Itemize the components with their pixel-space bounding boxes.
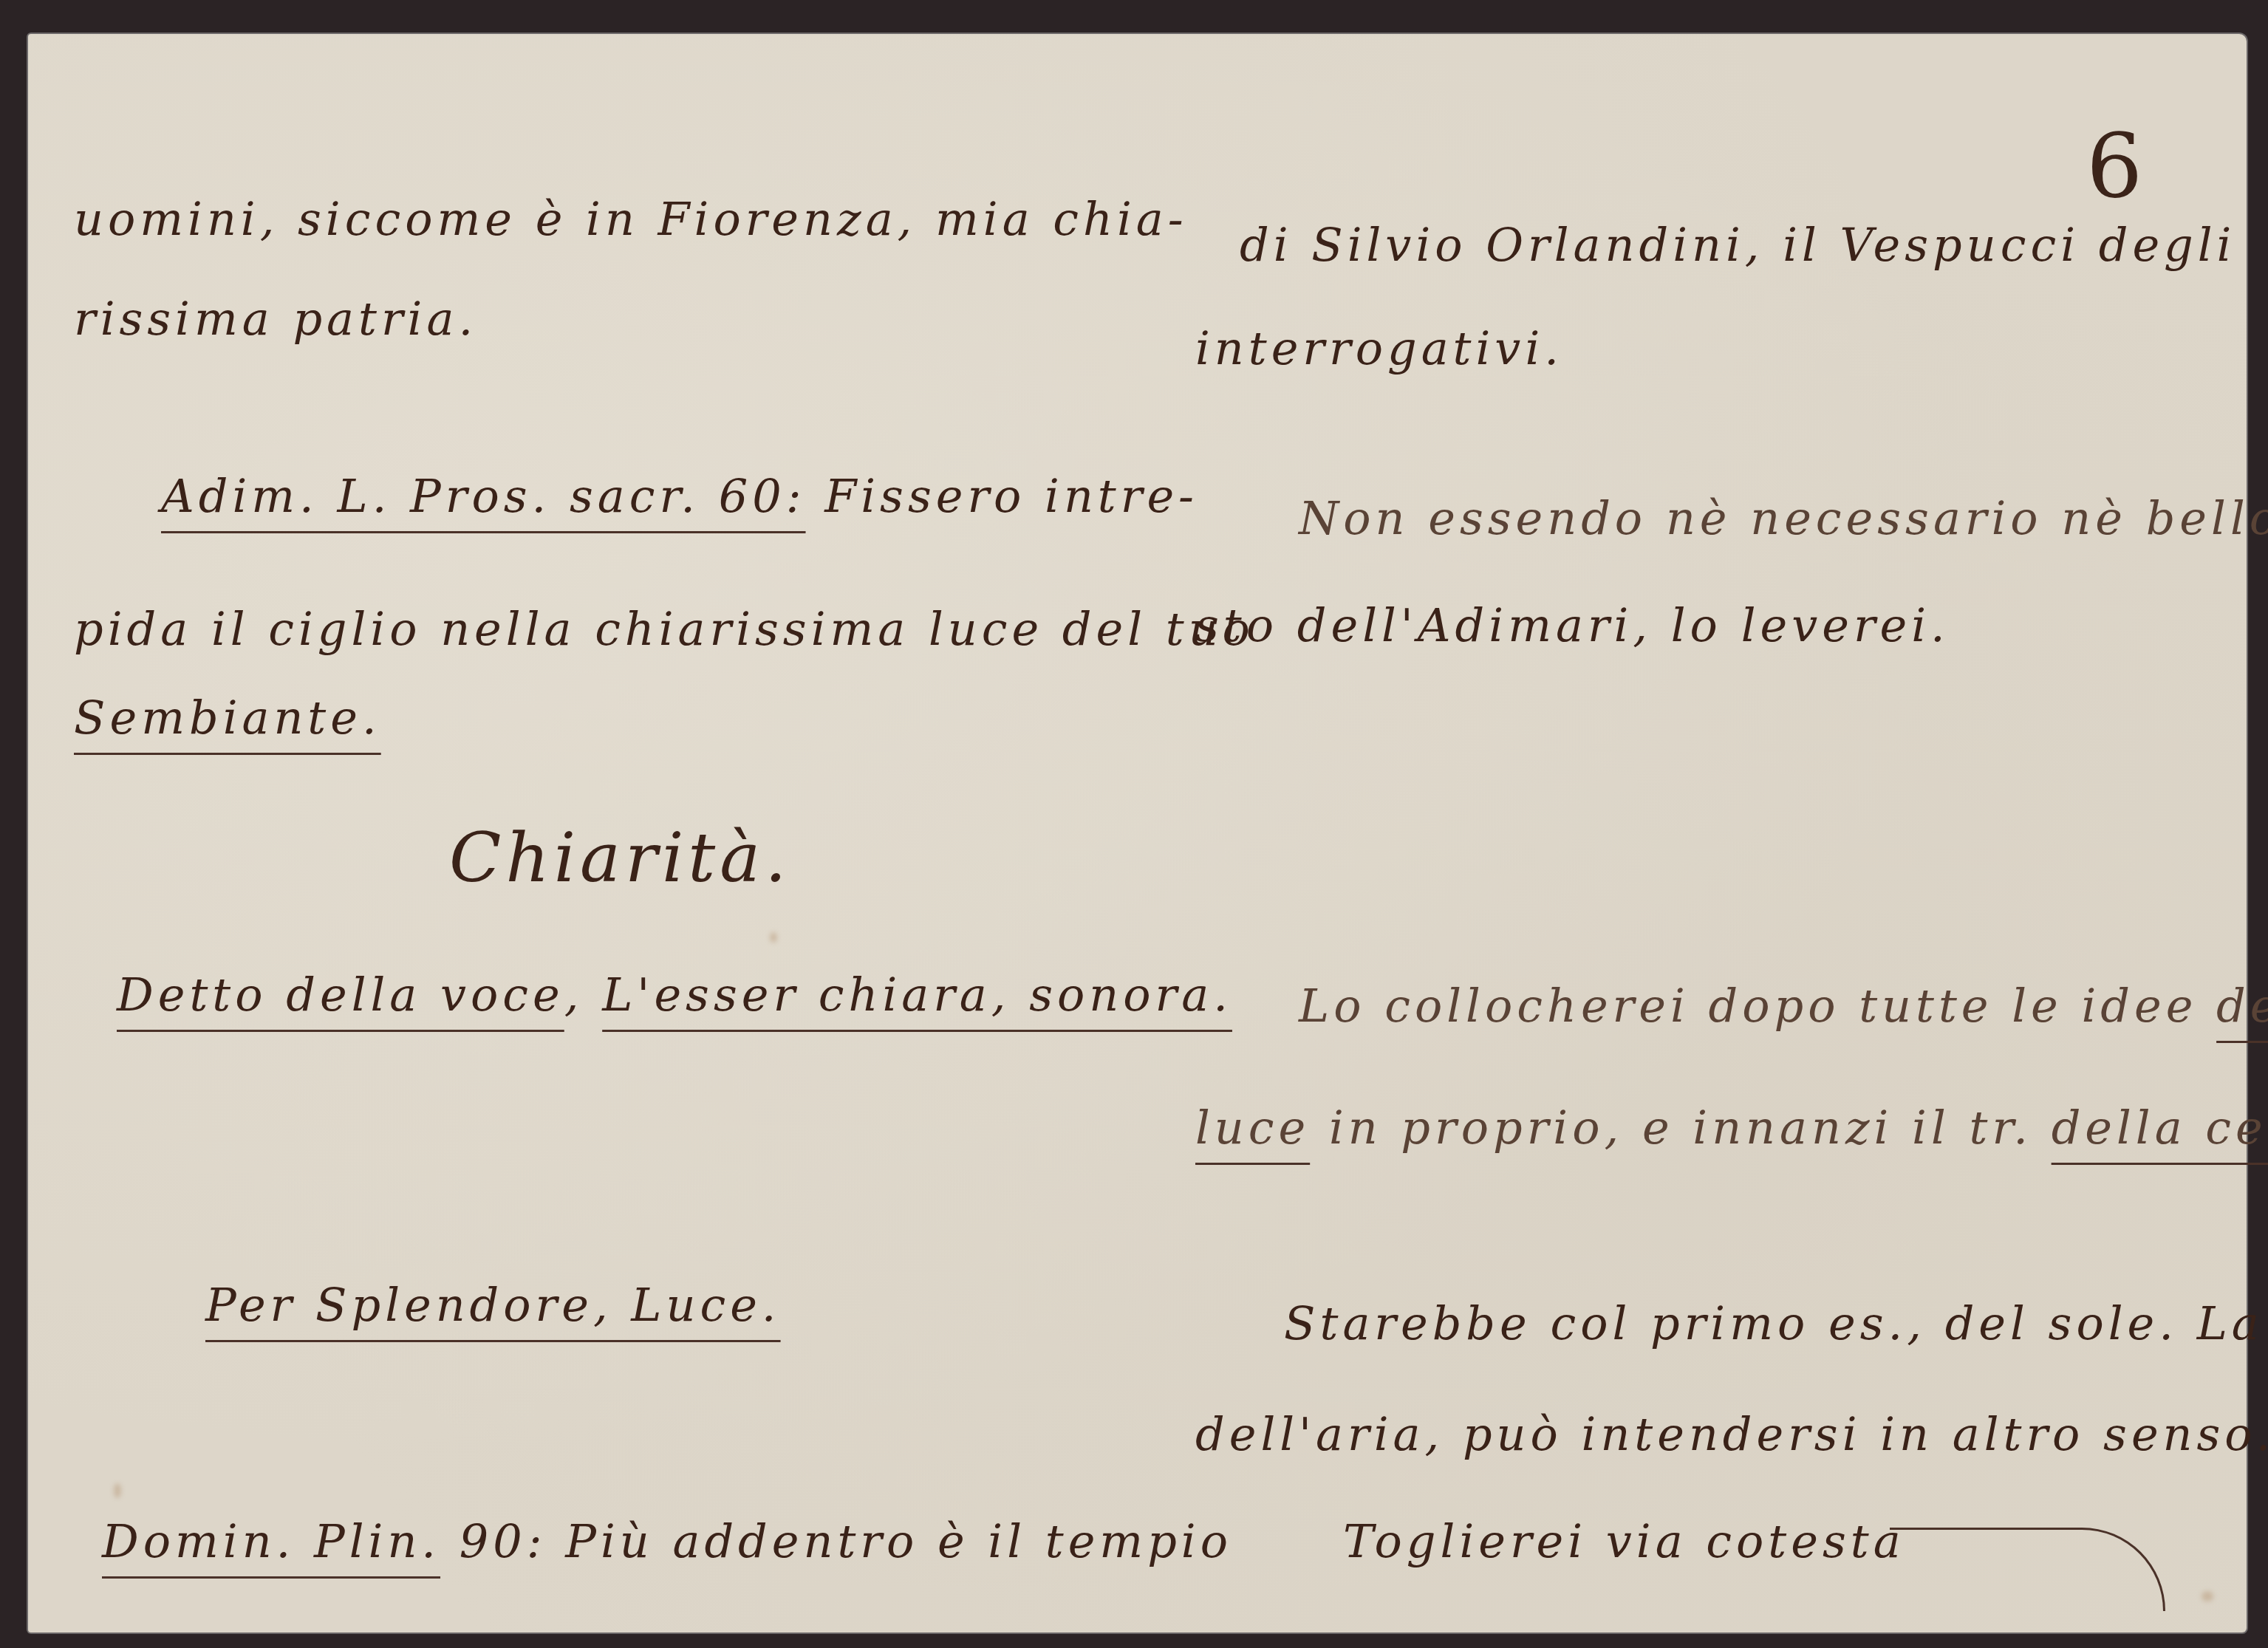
manuscript-page: 6 uomini, siccome è in Fiorenza, mia chi… xyxy=(28,34,2247,1632)
right-line-6: luce in proprio, e innanzi il tr. della … xyxy=(1195,1105,2268,1151)
right-line-3: Non essendo nè necessario nè bello que- xyxy=(1299,496,2268,541)
ink-stain xyxy=(114,1483,121,1498)
left-line-7: Detto della voce, L'esser chiara, sonora… xyxy=(117,972,1232,1018)
quote-text: Fissero intre- xyxy=(806,469,1199,523)
in-proprio-text: in proprio, e innanzi il tr. xyxy=(1310,1101,2051,1155)
detto-della-voce: Detto della voce xyxy=(117,968,564,1022)
della-word: della xyxy=(2216,979,2268,1033)
quote-text: 90: Più addentro è il tempio xyxy=(440,1514,1232,1568)
per-splendore-luce: Per Splendore, Luce. xyxy=(205,1278,781,1332)
right-line-8: dell'aria, può intendersi in altro senso… xyxy=(1195,1412,2268,1457)
heading-chiarita: Chiarità. xyxy=(449,824,790,892)
right-line-4: sto dell'Adimari, lo leverei. xyxy=(1195,603,1950,649)
right-line-9: Toglierei via cotesta xyxy=(1343,1519,1905,1565)
collocherei-text: Lo collocherei dopo tutte le idee xyxy=(1299,979,2216,1033)
citation-adimari: Adim. L. Pros. sacr. 60: xyxy=(161,469,806,523)
scan-background: 6 uomini, siccome è in Fiorenza, mia chi… xyxy=(0,0,2268,1648)
right-line-5: Lo collocherei dopo tutte le idee della xyxy=(1299,983,2268,1029)
page-number: 6 xyxy=(2086,123,2147,211)
ink-stain xyxy=(2202,1591,2213,1601)
della-celebrita: della celebrità. xyxy=(2052,1101,2268,1155)
esser-chiara: L'esser chiara, sonora. xyxy=(602,968,1232,1022)
sembiante-word: Sembiante. xyxy=(74,691,381,745)
right-line-1: di Silvio Orlandini, il Vespucci degli xyxy=(1240,222,2235,268)
ink-stain xyxy=(770,932,777,943)
left-line-1: uomini, siccome è in Fiorenza, mia chia- xyxy=(74,196,1188,242)
luce-word: luce xyxy=(1195,1101,1310,1155)
left-line-3: Adim. L. Pros. sacr. 60: Fissero intre- xyxy=(161,473,1198,519)
left-line-8: Per Splendore, Luce. xyxy=(205,1282,781,1328)
citation-domin-plin: Domin. Plin. xyxy=(102,1514,440,1568)
comma-separator: , xyxy=(564,968,602,1022)
right-line-7: Starebbe col primo es., del sole. La chi… xyxy=(1284,1301,2268,1347)
left-line-9: Domin. Plin. 90: Più addentro è il tempi… xyxy=(102,1519,1232,1565)
flourish-stroke xyxy=(1890,1528,2165,1611)
left-line-5: Sembiante. xyxy=(74,695,381,741)
left-line-2: rissima patria. xyxy=(74,296,477,342)
right-line-2: interrogativi. xyxy=(1195,326,1563,372)
left-line-4: pida il ciglio nella chiarissima luce de… xyxy=(74,606,1254,652)
